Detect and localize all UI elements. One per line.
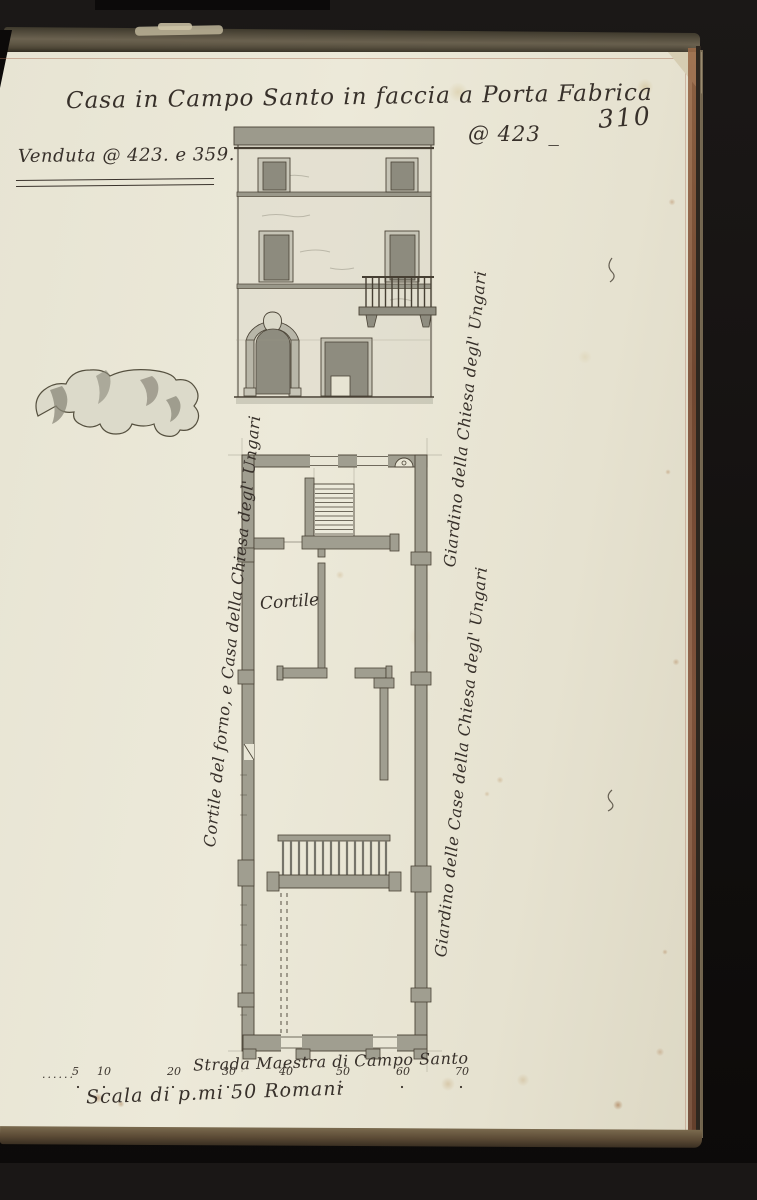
price-annotation: @ 423 _ bbox=[468, 122, 560, 146]
scale-mark: 5 bbox=[72, 1065, 79, 1078]
loggia-colonnade bbox=[267, 835, 401, 891]
scale-mark: 30 bbox=[222, 1065, 236, 1078]
sold-annotation: Venduta @ 423. e 359. bbox=[18, 144, 235, 167]
facade-elevation-drawing bbox=[234, 127, 436, 404]
scale-mark: 40 bbox=[279, 1065, 293, 1078]
scale-mark: 10 bbox=[97, 1065, 111, 1078]
folio-number: 310 bbox=[597, 101, 653, 134]
stray-ink-marks bbox=[608, 258, 614, 811]
floor-plan-drawing bbox=[228, 438, 442, 1072]
ribbon-sketch bbox=[36, 370, 199, 437]
courtyard-label: Cortile bbox=[259, 590, 319, 614]
scale-mark: 60 bbox=[396, 1065, 410, 1078]
scanned-manuscript-page: Casa in Campo Santo in faccia a Porta Fa… bbox=[0, 0, 757, 1200]
scale-mark: 20 bbox=[167, 1065, 181, 1078]
scale-mark: 70 bbox=[455, 1065, 469, 1078]
shop-door-opening bbox=[321, 338, 372, 396]
scale-mark: 50 bbox=[336, 1065, 350, 1078]
scale-leader-dots: ...... bbox=[42, 1068, 75, 1081]
